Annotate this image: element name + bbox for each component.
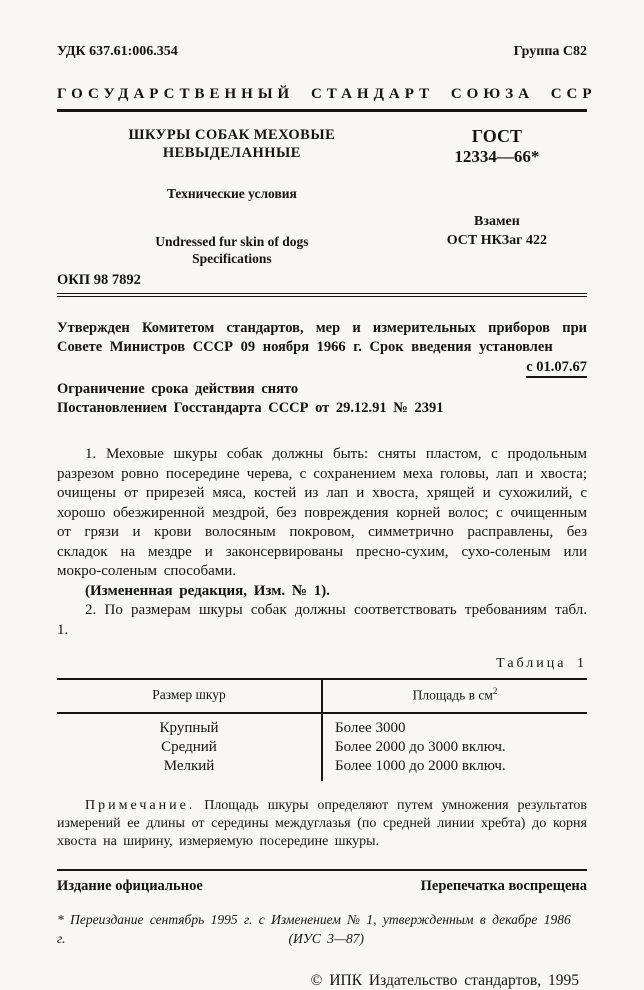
restriction-block: Ограничение срока действия снято Постано… [57,380,587,418]
title-ru-line1: ШКУРЫ СОБАК МЕХОВЫЕ [57,126,407,144]
size-cell: Мелкий [57,757,322,781]
document-title-ru: ШКУРЫ СОБАК МЕХОВЫЕ НЕВЫДЕЛАННЫЕ [57,126,407,162]
effective-date: с 01.07.67 [57,359,587,376]
title-block: ШКУРЫ СОБАК МЕХОВЫЕ НЕВЫДЕЛАННЫЕ Техниче… [57,126,587,268]
col-header-area: Площадь в см2 [322,679,587,713]
table-header-row: Размер шкур Площадь в см2 [57,679,587,713]
footnote-line1: * Переиздание сентябрь 1995 г. с Изменен… [57,911,587,929]
approval-text: Утвержден Комитетом стандартов, мер и из… [57,319,587,357]
restriction-line2: Постановлением Госстандарта СССР от 29.1… [57,399,587,418]
replaces-label: Взамен [407,213,587,232]
table-label: Таблица 1 [57,656,587,672]
restriction-line1: Ограничение срока действия снято [57,380,587,399]
footer-rule [57,869,587,871]
udk-code: УДК 637.61:006.354 [57,44,178,60]
table-row: Крупный Более 3000 [57,713,587,738]
footnote-line2-left: г. [57,930,65,948]
amendment-note: (Измененная редакция, Изм. № 1). [57,582,587,602]
okp-code: ОКП 98 7892 [57,272,587,297]
footnote: * Переиздание сентябрь 1995 г. с Изменен… [57,911,587,947]
size-cell: Средний [57,738,322,757]
title-en-line1: Undressed fur skin of dogs [57,234,407,251]
replaces-value: ОСТ НКЗаг 422 [407,232,587,251]
title-left-column: ШКУРЫ СОБАК МЕХОВЫЕ НЕВЫДЕЛАННЫЕ Техниче… [57,126,407,268]
standard-header: ГОСУДАРСТВЕННЫЙ СТАНДАРТ СОЮЗА ССР [57,86,587,112]
paragraph-2: 2. По размерам шкуры собак должны соотве… [57,601,587,640]
area-cell: Более 1000 до 2000 включ. [322,757,587,781]
footnote-ius: (ИУС 3—87) [289,931,364,946]
note-label: Примечание. [85,798,195,813]
document-subtitle: Технические условия [57,186,407,202]
edition-official: Издание официальное [57,878,203,895]
title-ru-line2: НЕВЫДЕЛАННЫЕ [57,144,407,162]
title-right-column: ГОСТ 12334—66* Взамен ОСТ НКЗаг 422 [407,126,587,268]
meta-row: УДК 637.61:006.354 Группа С82 [57,44,587,60]
reprint-forbidden: Перепечатка воспрещена [421,878,587,895]
gost-number: 12334—66* [407,147,587,167]
size-cell: Крупный [57,713,322,738]
title-en-line2: Specifications [57,251,407,268]
copyright-line: © ИПК Издательство стандартов, 1995 [57,972,587,990]
table-row: Средний Более 2000 до 3000 включ. [57,738,587,757]
footnote-line2: г. (ИУС 3—87) [57,930,587,948]
body-text: 1. Меховые шкуры собак должны быть: снят… [57,445,587,640]
group-code: Группа С82 [514,44,587,60]
table-note: Примечание. Площадь шкуры определяют пут… [57,797,587,852]
gost-label: ГОСТ [407,126,587,147]
edition-row: Издание официальное Перепечатка воспреще… [57,878,587,895]
col-header-size: Размер шкур [57,679,322,713]
area-cell: Более 2000 до 3000 включ. [322,738,587,757]
col-header-area-sup: 2 [493,686,498,696]
effective-date-value: с 01.07.67 [526,359,587,378]
document-title-en: Undressed fur skin of dogs Specification… [57,234,407,268]
col-header-area-text: Площадь в см [413,688,493,703]
paragraph-1: 1. Меховые шкуры собак должны быть: снят… [57,445,587,582]
replaces-block: Взамен ОСТ НКЗаг 422 [407,213,587,251]
size-table: Размер шкур Площадь в см2 Крупный Более … [57,678,587,781]
area-cell: Более 3000 [322,713,587,738]
document-page: УДК 637.61:006.354 Группа С82 ГОСУДАРСТВ… [57,0,587,990]
table-row: Мелкий Более 1000 до 2000 включ. [57,757,587,781]
